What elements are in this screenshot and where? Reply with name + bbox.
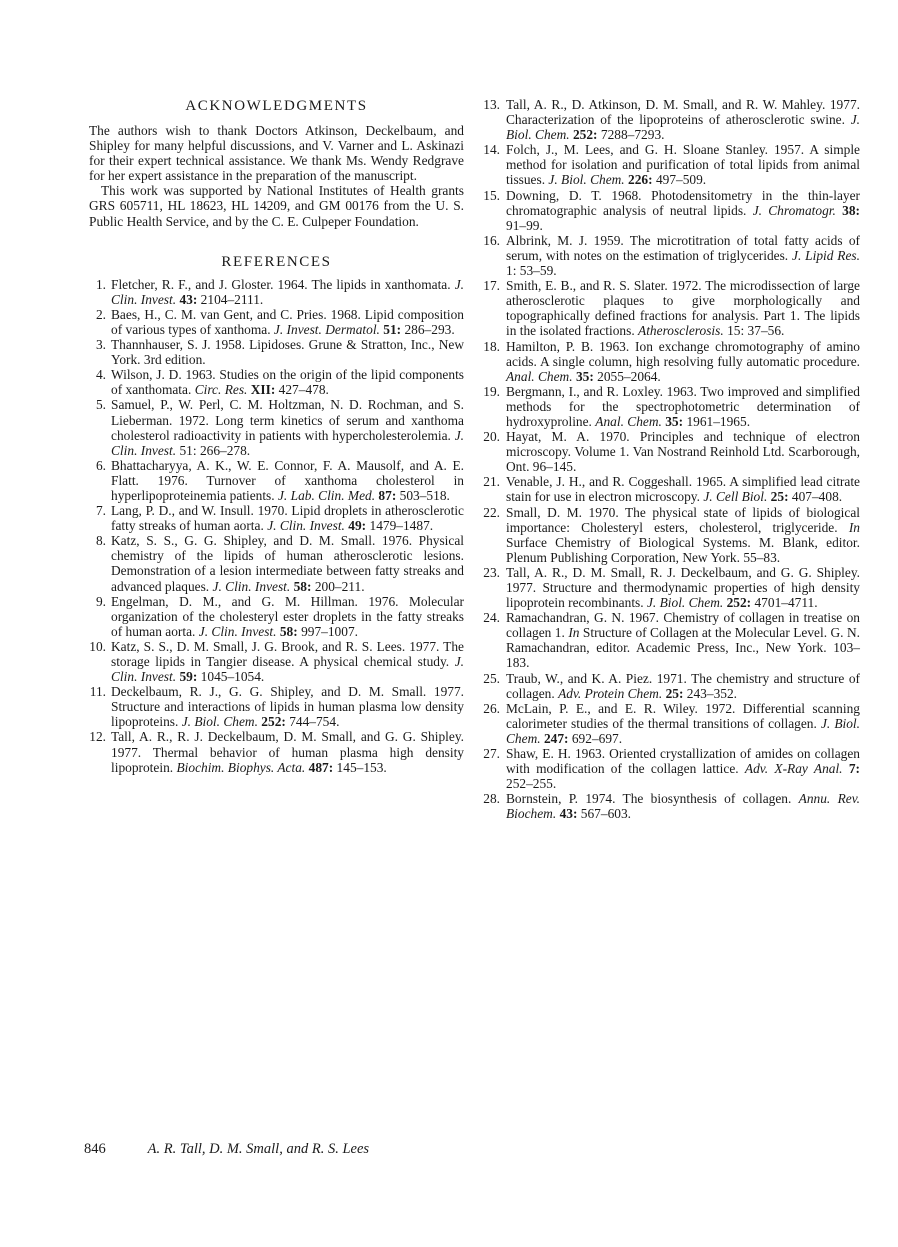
reference-item: 20.Hayat, M. A. 1970. Principles and tec… [483, 429, 860, 474]
reference-item: 2.Baes, H., C. M. van Gent, and C. Pries… [89, 307, 464, 337]
references-heading: REFERENCES [89, 253, 464, 271]
reference-item: 15.Downing, D. T. 1968. Photodensitometr… [483, 188, 860, 233]
running-head-authors: A. R. Tall, D. M. Small, and R. S. Lees [148, 1141, 369, 1157]
right-column: 13.Tall, A. R., D. Atkinson, D. M. Small… [483, 97, 860, 822]
reference-item: 14.Folch, J., M. Lees, and G. H. Sloane … [483, 142, 860, 187]
reference-item: 25.Traub, W., and K. A. Piez. 1971. The … [483, 671, 860, 701]
reference-item: 24.Ramachandran, G. N. 1967. Chemistry o… [483, 610, 860, 670]
reference-item: 3.Thannhauser, S. J. 1958. Lipidoses. Gr… [89, 337, 464, 367]
acknowledgments-section: ACKNOWLEDGMENTS The authors wish to than… [89, 97, 464, 229]
reference-item: 28.Bornstein, P. 1974. The biosynthesis … [483, 791, 860, 821]
acknowledgments-heading: ACKNOWLEDGMENTS [89, 97, 464, 115]
references-list-right: 13.Tall, A. R., D. Atkinson, D. M. Small… [483, 97, 860, 822]
reference-item: 17.Smith, E. B., and R. S. Slater. 1972.… [483, 278, 860, 338]
acknowledgments-paragraph: The authors wish to thank Doctors Atkins… [89, 123, 464, 183]
reference-item: 23.Tall, A. R., D. M. Small, R. J. Decke… [483, 565, 860, 610]
reference-item: 27.Shaw, E. H. 1963. Oriented crystalliz… [483, 746, 860, 791]
reference-item: 4.Wilson, J. D. 1963. Studies on the ori… [89, 367, 464, 397]
reference-item: 6.Bhattacharyya, A. K., W. E. Connor, F.… [89, 458, 464, 503]
references-list-left: 1.Fletcher, R. F., and J. Gloster. 1964.… [89, 277, 464, 775]
page-footer: 846 A. R. Tall, D. M. Small, and R. S. L… [84, 1141, 369, 1158]
reference-item: 16.Albrink, M. J. 1959. The microtitrati… [483, 233, 860, 278]
reference-item: 18.Hamilton, P. B. 1963. Ion exchange ch… [483, 339, 860, 384]
reference-item: 5.Samuel, P., W. Perl, C. M. Holtzman, N… [89, 397, 464, 457]
reference-item: 1.Fletcher, R. F., and J. Gloster. 1964.… [89, 277, 464, 307]
reference-item: 13.Tall, A. R., D. Atkinson, D. M. Small… [483, 97, 860, 142]
reference-item: 10.Katz, S. S., D. M. Small, J. G. Brook… [89, 639, 464, 684]
reference-item: 21.Venable, J. H., and R. Coggeshall. 19… [483, 474, 860, 504]
reference-item: 9.Engelman, D. M., and G. M. Hillman. 19… [89, 594, 464, 639]
reference-item: 11.Deckelbaum, R. J., G. G. Shipley, and… [89, 684, 464, 729]
funding-paragraph: This work was supported by National Inst… [89, 183, 464, 228]
reference-item: 7.Lang, P. D., and W. Insull. 1970. Lipi… [89, 503, 464, 533]
reference-item: 12.Tall, A. R., R. J. Deckelbaum, D. M. … [89, 729, 464, 774]
reference-item: 19.Bergmann, I., and R. Loxley. 1963. Tw… [483, 384, 860, 429]
reference-item: 8.Katz, S. S., G. G. Shipley, and D. M. … [89, 533, 464, 593]
reference-item: 22.Small, D. M. 1970. The physical state… [483, 505, 860, 565]
page-number: 846 [84, 1141, 144, 1158]
left-column: ACKNOWLEDGMENTS The authors wish to than… [89, 97, 464, 775]
reference-item: 26.McLain, P. E., and E. R. Wiley. 1972.… [483, 701, 860, 746]
